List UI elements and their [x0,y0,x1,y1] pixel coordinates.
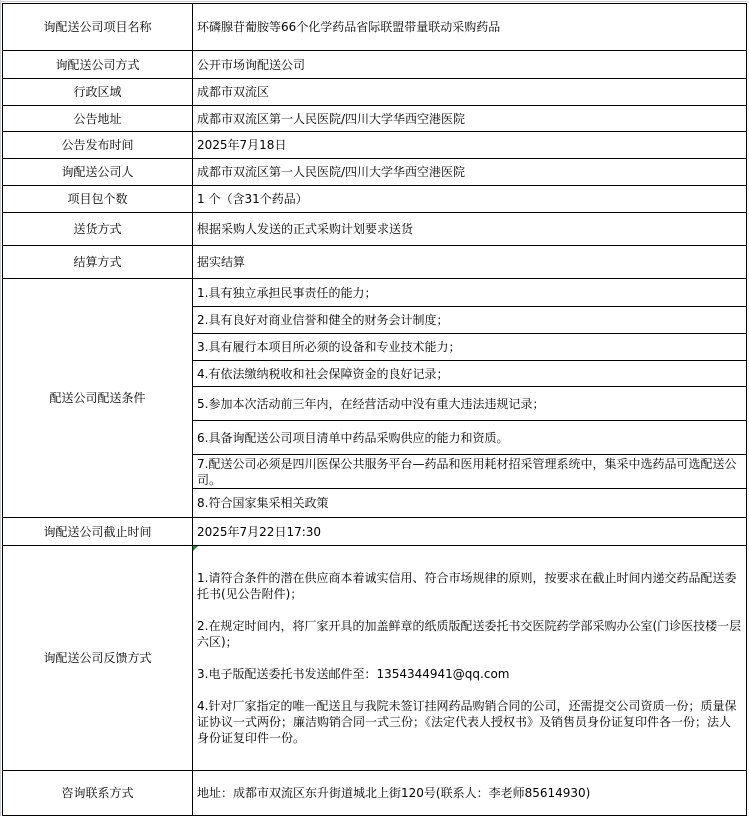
field-label-package-count: 项目包个数 [3,186,193,213]
field-label-conditions: 配送公司配送条件 [3,279,193,518]
field-value-publish-date[interactable]: 2025年7月18日 [193,132,747,159]
condition-item[interactable]: 4.有依法缴纳税收和社会保障资金的良好记录； [193,361,747,387]
procurement-info-table: 询配送公司项目名称 环磷腺苷葡胺等66个化学药品省际联盟带量联动采购药品 询配送… [2,3,747,816]
field-value-contact[interactable]: 地址：成都市双流区东升街道城北上街120号(联系人：李老师85614930) [193,771,747,816]
condition-item[interactable]: 3.具有履行本项目所必须的设备和专业技术能力； [193,334,747,361]
table-row: 送货方式 根据采购人发送的正式采购计划要求送货 [3,213,747,246]
sheet-gridline [0,1,749,2]
feedback-item: 2.在规定时间内，将厂家开具的加盖鲜章的纸质版配送委托书交医院药学部采购办公室(… [197,618,742,650]
field-value-feedback[interactable]: 1.请符合条件的潜在供应商本着诚实信用、符合市场规律的原则，按要求在截止时间内递… [193,546,747,771]
field-label-region: 行政区域 [3,79,193,106]
table-row: 配送公司配送条件 1.具有独立承担民事责任的能力； [3,279,747,307]
condition-item[interactable]: 1.具有独立承担民事责任的能力； [193,279,747,307]
field-label-publish-date: 公告发布时间 [3,132,193,159]
table-row: 行政区域 成都市双流区 [3,79,747,106]
field-value-delivery[interactable]: 根据采购人发送的正式采购计划要求送货 [193,213,747,246]
field-value-purchaser[interactable]: 成都市双流区第一人民医院/四川大学华西空港医院 [193,159,747,186]
table-row: 项目包个数 1 个（含31个药品） [3,186,747,213]
table-row: 询配送公司方式 公开市场询配送公司 [3,51,747,79]
field-label-purchaser: 询配送公司人 [3,159,193,186]
table-row: 询配送公司反馈方式 1.请符合条件的潜在供应商本着诚实信用、符合市场规律的原则，… [3,546,747,771]
field-label-settlement: 结算方式 [3,246,193,279]
table-row: 公告地址 成都市双流区第一人民医院/四川大学华西空港医院 [3,106,747,132]
field-value-settlement[interactable]: 据实结算 [193,246,747,279]
cell-comment-indicator-icon[interactable] [193,546,198,551]
table-row: 询配送公司人 成都市双流区第一人民医院/四川大学华西空港医院 [3,159,747,186]
condition-item[interactable]: 7.配送公司必须是四川医保公共服务平台—药品和医用耗材招采管理系统中，集采中选药… [193,455,747,489]
field-value-project-name[interactable]: 环磷腺苷葡胺等66个化学药品省际联盟带量联动采购药品 [193,4,747,51]
condition-item[interactable]: 8.符合国家集采相关政策 [193,489,747,518]
field-label-project-name: 询配送公司项目名称 [3,4,193,51]
field-label-delivery: 送货方式 [3,213,193,246]
field-value-deadline[interactable]: 2025年7月22日17:30 [193,518,747,546]
condition-item[interactable]: 6.具备询配送公司项目清单中药品采购供应的能力和资质。 [193,421,747,455]
table-row: 咨询联系方式 地址：成都市双流区东升街道城北上街120号(联系人：李老师8561… [3,771,747,816]
condition-item[interactable]: 2.具有良好对商业信誉和健全的财务会计制度； [193,307,747,334]
field-label-address: 公告地址 [3,106,193,132]
table-row: 询配送公司项目名称 环磷腺苷葡胺等66个化学药品省际联盟带量联动采购药品 [3,4,747,51]
sheet-gridline [0,0,1,816]
feedback-item: 1.请符合条件的潜在供应商本着诚实信用、符合市场规律的原则，按要求在截止时间内递… [197,570,742,602]
field-label-method: 询配送公司方式 [3,51,193,79]
table-row: 结算方式 据实结算 [3,246,747,279]
field-value-package-count[interactable]: 1 个（含31个药品） [193,186,747,213]
feedback-item: 3.电子版配送委托书发送邮件至：1354344941@qq.com [197,666,742,682]
table-row: 询配送公司截止时间 2025年7月22日17:30 [3,518,747,546]
field-value-region[interactable]: 成都市双流区 [193,79,747,106]
field-label-contact: 咨询联系方式 [3,771,193,816]
field-value-address[interactable]: 成都市双流区第一人民医院/四川大学华西空港医院 [193,106,747,132]
field-label-feedback: 询配送公司反馈方式 [3,546,193,771]
condition-item[interactable]: 5.参加本次活动前三年内，在经营活动中没有重大违法违规记录； [193,387,747,421]
table-row: 公告发布时间 2025年7月18日 [3,132,747,159]
feedback-item: 4.针对厂家指定的唯一配送且与我院未签订挂网药品购销合同的公司，还需提交公司资质… [197,698,742,746]
field-label-deadline: 询配送公司截止时间 [3,518,193,546]
field-value-method[interactable]: 公开市场询配送公司 [193,51,747,79]
